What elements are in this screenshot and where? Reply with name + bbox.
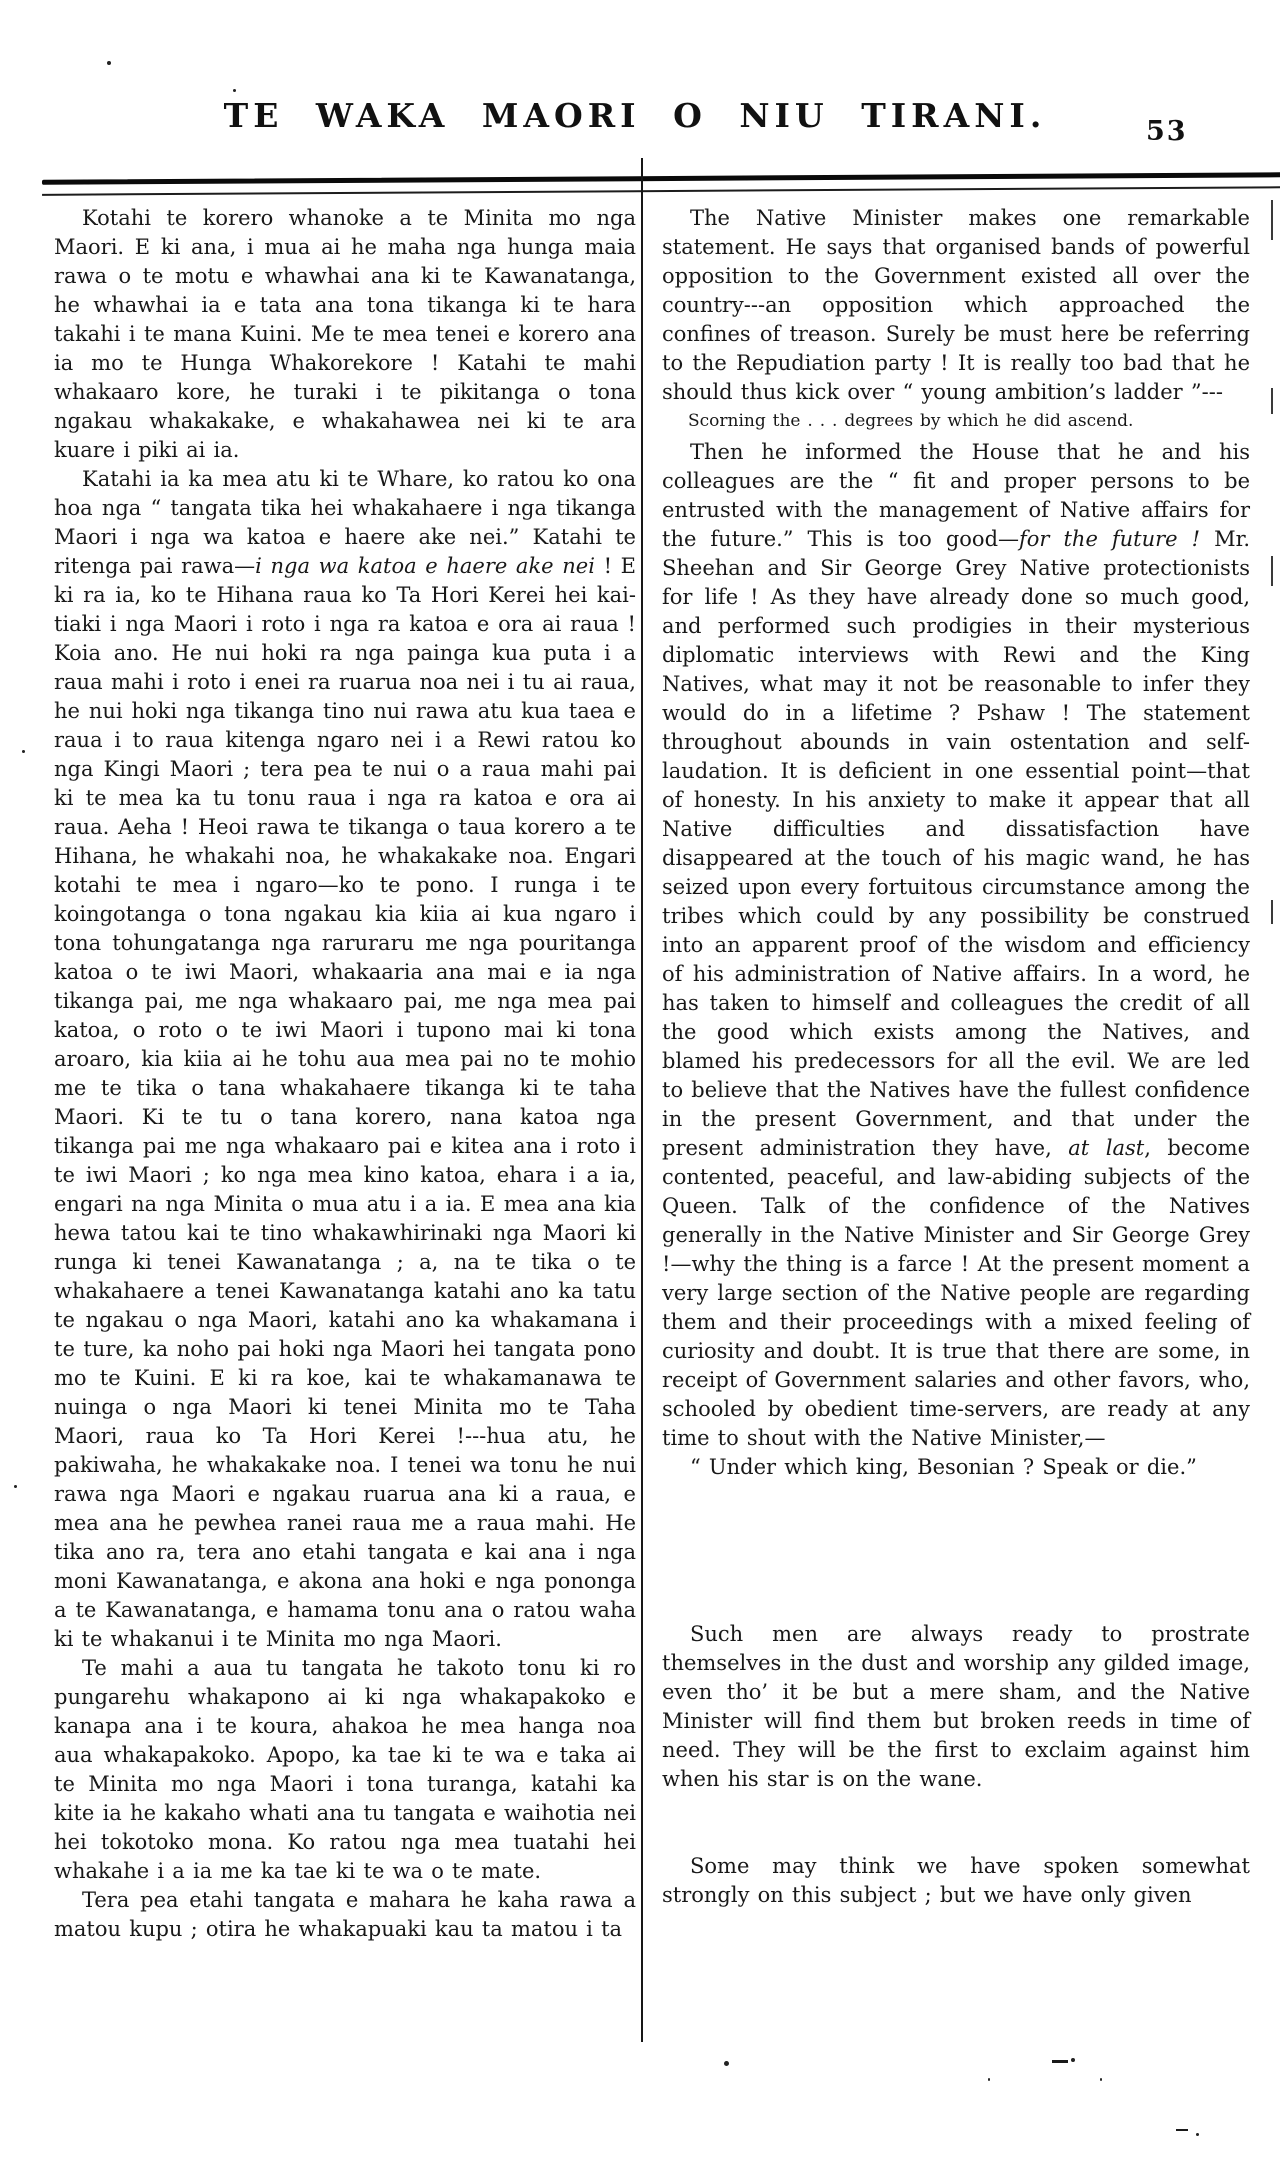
header-rules xyxy=(42,172,1280,196)
ink-dash xyxy=(1176,2129,1188,2131)
scan-edge-mark xyxy=(1271,900,1273,924)
maori-paragraph-1: Kotahi te korero whanoke a te Minita mo … xyxy=(54,204,636,465)
header-rule-thin xyxy=(42,186,1280,196)
ink-speck xyxy=(233,89,236,92)
maori-paragraph-4: Tera pea etahi tangata e mahara he kaha … xyxy=(54,1886,636,1944)
ink-speck xyxy=(1196,2133,1199,2136)
ink-speck xyxy=(724,2061,729,2066)
scan-edge-mark xyxy=(1271,556,1273,586)
verse-quote: Scorning the . . . degrees by which he d… xyxy=(662,408,1250,435)
ink-speck xyxy=(22,750,25,753)
ink-speck xyxy=(107,61,111,65)
article-columns: Kotahi te korero whanoke a te Minita mo … xyxy=(54,204,1250,1944)
ink-speck xyxy=(1071,2058,1075,2062)
left-column-maori: Kotahi te korero whanoke a te Minita mo … xyxy=(54,204,636,1944)
ink-speck xyxy=(988,2078,990,2081)
english-paragraph-2: Then he informed the House that he and h… xyxy=(662,438,1250,1453)
scan-edge-mark xyxy=(1271,388,1273,414)
scan-edge-mark xyxy=(1271,200,1273,240)
maori-paragraph-2: Katahi ia ka mea atu ki te Whare, ko rat… xyxy=(54,465,636,1654)
maori-paragraph-3: Te mahi a aua tu tangata he takoto tonu … xyxy=(54,1654,636,1886)
right-column-english: The Native Minister makes one remarkable… xyxy=(662,204,1250,1944)
ink-speck xyxy=(14,1485,17,1488)
newspaper-page: { "page": { "masthead": "TE WAKA MAORI O… xyxy=(0,0,1280,2180)
header-rule-thick xyxy=(42,172,1280,185)
masthead-title: TE WAKA MAORI O NIU TIRANI. xyxy=(0,96,1270,135)
ink-speck xyxy=(1100,2078,1102,2081)
page-number: 53 xyxy=(1146,116,1188,147)
challenge-quote: “ Under which king, Besonian ? Speak or … xyxy=(662,1453,1250,1482)
english-paragraph-1: The Native Minister makes one remarkable… xyxy=(662,204,1250,407)
english-paragraph-3: Such men are always ready to prostrate t… xyxy=(662,1620,1250,1794)
column-gutter xyxy=(636,204,662,1944)
ink-dash xyxy=(1052,2060,1068,2063)
english-paragraph-4: Some may think we have spoken somewhat s… xyxy=(662,1852,1250,1910)
